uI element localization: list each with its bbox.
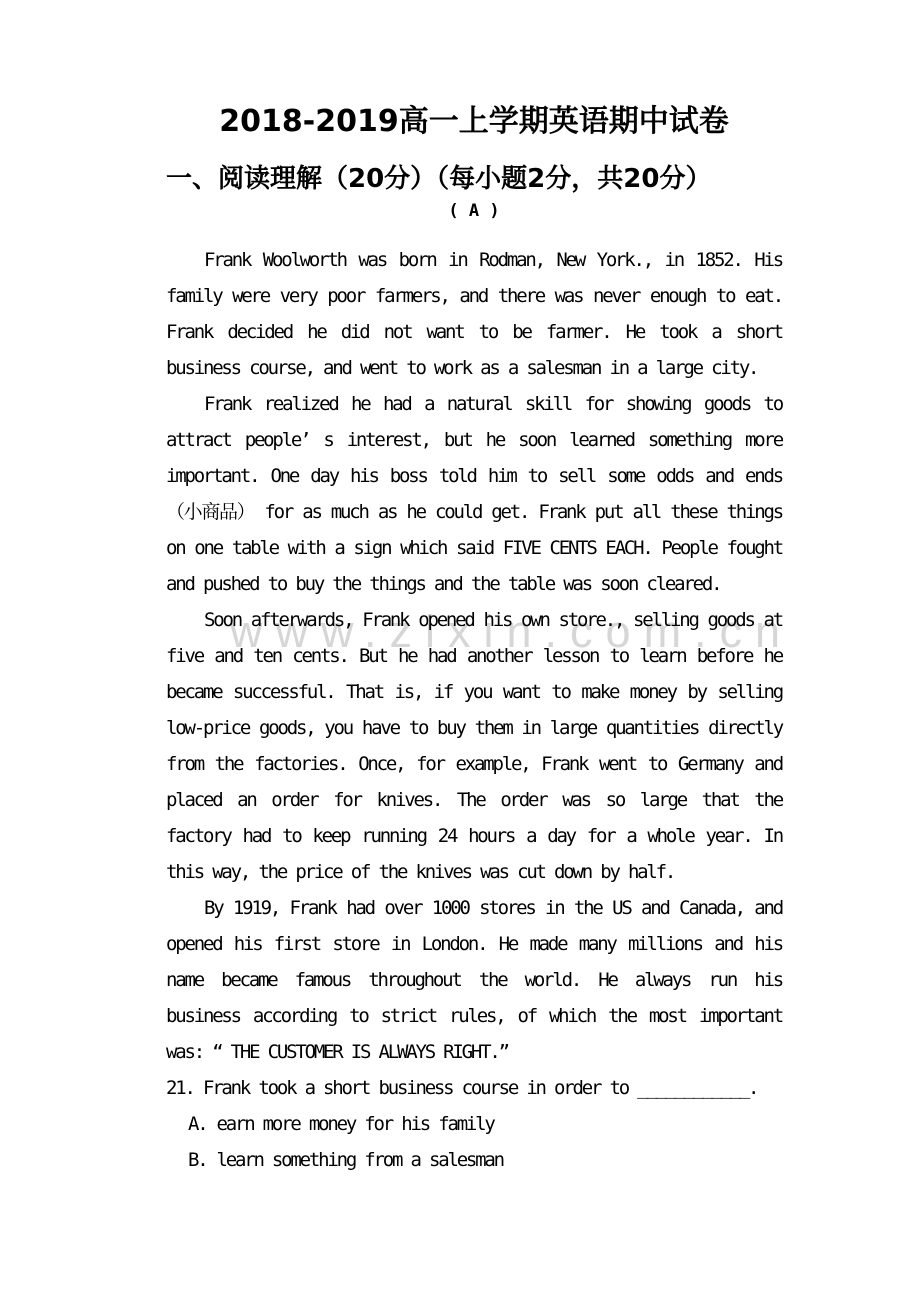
option-text: learn something from a salesman: [216, 1149, 502, 1171]
section-heading: 一、阅读理解（20分）（每小题2分，共20分）: [166, 162, 782, 196]
passage-paragraph-3: Soon afterwards, Frank opened his own st…: [166, 602, 782, 890]
option-text: earn more money for his family: [216, 1113, 493, 1135]
question-option-a: A.earn more money for his family: [166, 1106, 782, 1142]
passage-paragraph-1: Frank Woolworth was born in Rodman, New …: [166, 242, 782, 386]
option-label: B.: [188, 1149, 206, 1171]
passage-paragraph-2: Frank realized he had a natural skill fo…: [166, 386, 782, 602]
passage-label: ( A ): [166, 200, 782, 222]
reading-passage: Frank Woolworth was born in Rodman, New …: [166, 242, 782, 1070]
page-title: 2018-2019高一上学期英语期中试卷: [166, 100, 782, 144]
question-stem: 21. Frank took a short business course i…: [166, 1070, 782, 1106]
document-content: 2018-2019高一上学期英语期中试卷 一、阅读理解（20分）（每小题2分，共…: [166, 100, 782, 1178]
passage-paragraph-4: By 1919, Frank had over 1000 stores in t…: [166, 890, 782, 1070]
question-21: 21. Frank took a short business course i…: [166, 1070, 782, 1178]
exam-page: www.zixin.com.cn 2018-2019高一上学期英语期中试卷 一、…: [0, 0, 920, 1302]
option-label: A.: [188, 1113, 206, 1135]
question-option-b: B.learn something from a salesman: [166, 1142, 782, 1178]
